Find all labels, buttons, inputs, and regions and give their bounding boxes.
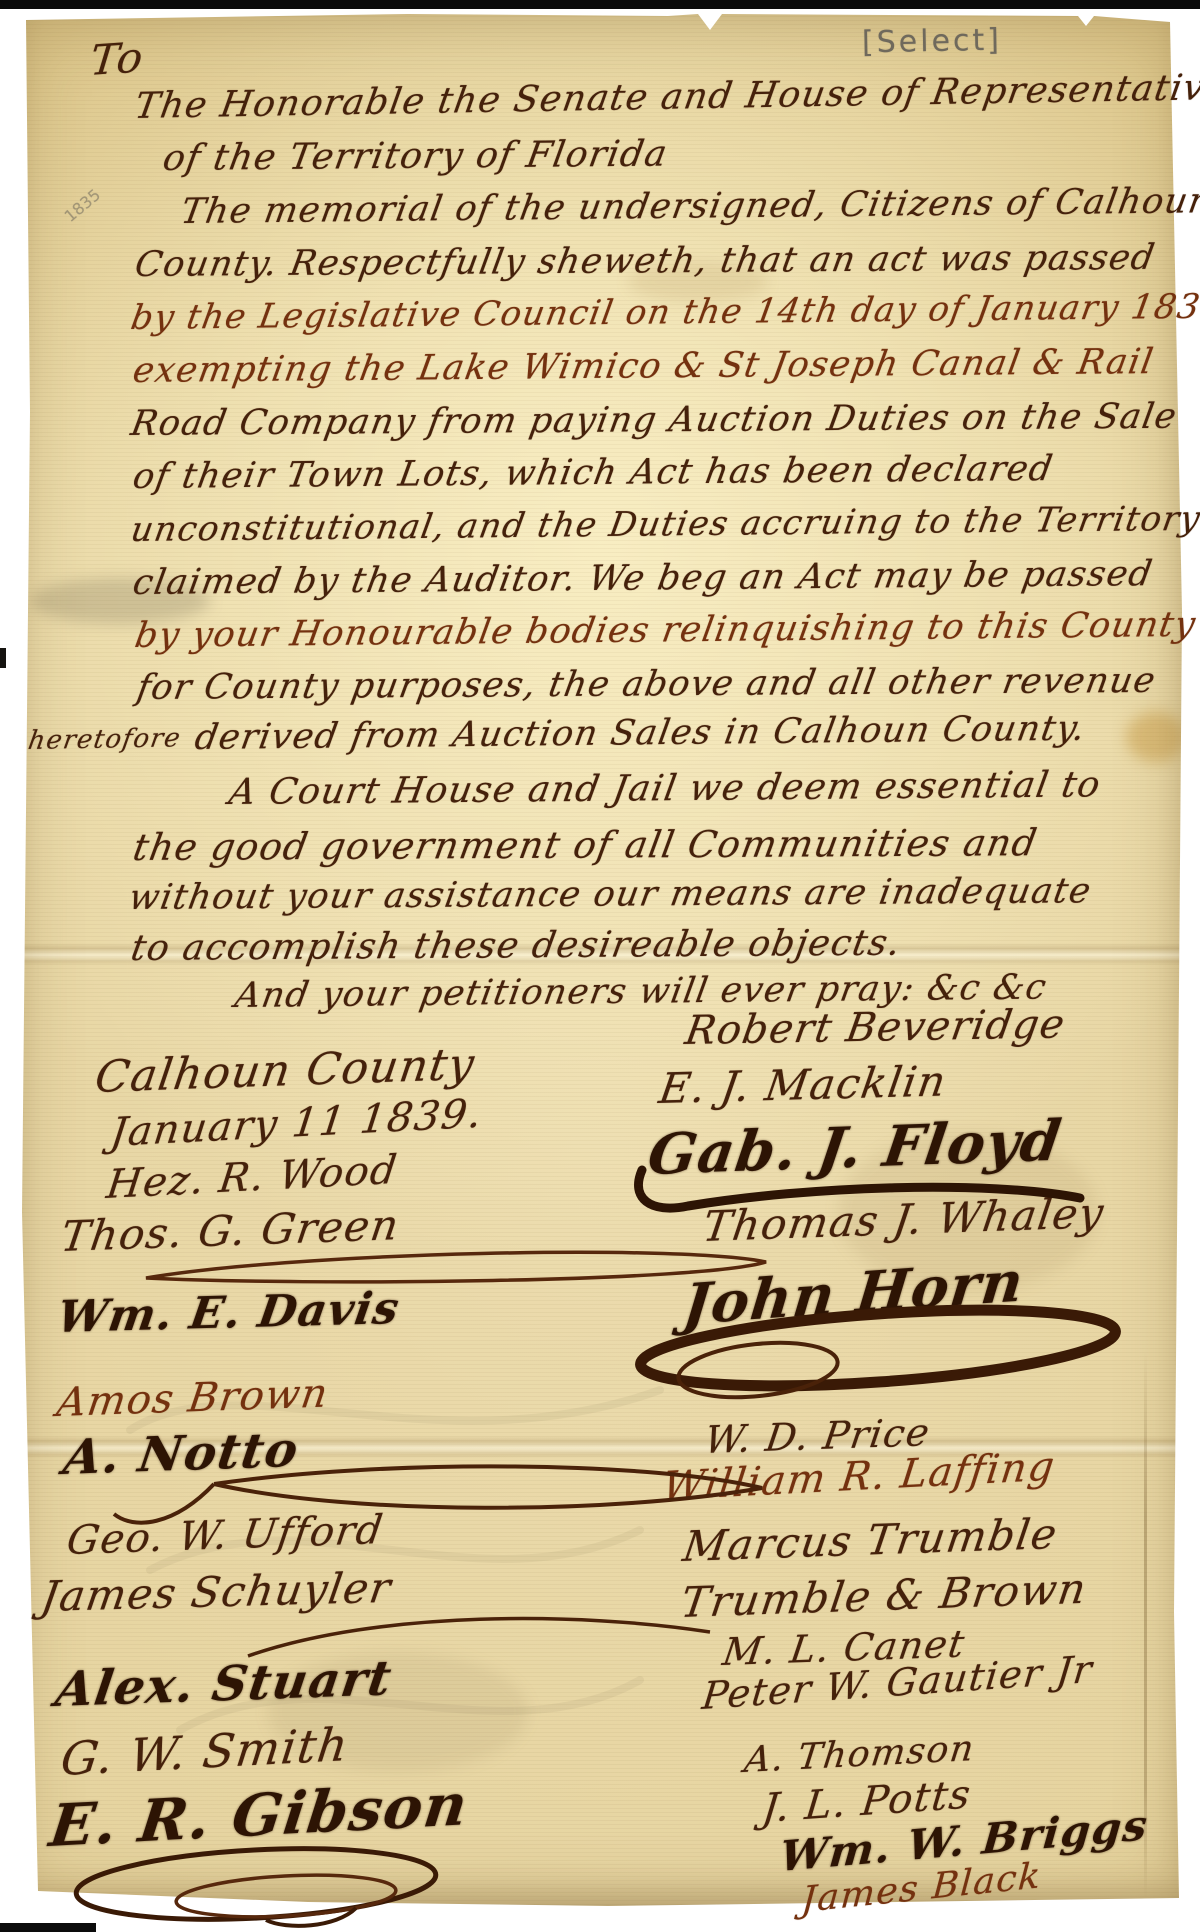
- body-line: of their Town Lots, which Act has been d…: [130, 449, 1056, 497]
- body-line: Road Company from paying Auction Duties …: [128, 397, 1180, 444]
- signature: Robert Beveridge: [682, 1001, 1069, 1054]
- body-line: the good government of all Communities a…: [130, 821, 1041, 869]
- flourish-under-horn: [628, 1304, 1118, 1404]
- address-line-2: of the Territory of Florida: [160, 134, 671, 179]
- body-line: without your assistance our means are in…: [126, 871, 1095, 918]
- select-annotation: [Select]: [862, 23, 1003, 60]
- signature: E. J. Macklin: [656, 1057, 950, 1113]
- flourish-under-gibson: [56, 1844, 476, 1932]
- flourish-under-floyd: [628, 1158, 1108, 1224]
- margin-insertion: heretofore: [26, 723, 183, 756]
- body-line: to accomplish these desireable objects.: [128, 923, 904, 969]
- scan-left-edge-mark: [0, 648, 6, 668]
- body-line: A Court House and Jail we deem essential…: [226, 764, 1104, 813]
- body-line: for County purposes, the above and all o…: [134, 661, 1159, 708]
- scan-bottom-edge-mark: [0, 1923, 96, 1932]
- flourish-under-green: [140, 1246, 790, 1290]
- salutation: To: [88, 32, 146, 85]
- flourish-under-schuyler: [240, 1606, 720, 1666]
- scan-top-edge: [0, 0, 1200, 9]
- flourish-under-notto: [94, 1466, 784, 1536]
- body-line: County. Respectfully sheweth, that an ac…: [132, 238, 1158, 285]
- signature: Wm. E. Davis: [54, 1283, 403, 1343]
- signature: Amos Brown: [54, 1371, 332, 1426]
